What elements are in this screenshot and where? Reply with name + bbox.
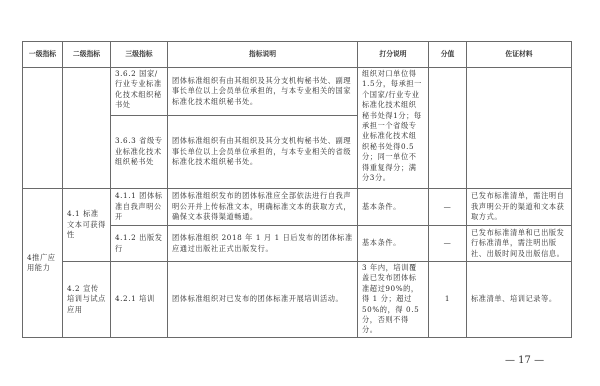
cell-level2-empty <box>63 68 111 189</box>
table-row: 4.2 宣传培训与试点应用 4.2.1 培训 团体标准组织对已发布的团体标准开展… <box>23 262 572 338</box>
cell-level1-empty <box>23 68 63 189</box>
cell-description: 团体标准组织有由其组织及其分支机构秘书处、副理事长单位以上会员单位承担的，与本专… <box>168 68 358 116</box>
cell-evidence: 已发布标准清单，需注明自我声明公开的渠道和文本获取方式。 <box>467 189 572 226</box>
header-evidence: 佐证材料 <box>467 42 572 68</box>
evaluation-table: 一级指标 二级指标 三级指标 指标说明 打分说明 分值 佐证材料 3.6.2 国… <box>22 41 572 338</box>
cell-level3: 4.1.2 出版发行 <box>111 226 168 262</box>
header-description: 指标说明 <box>168 42 358 68</box>
cell-level3: 3.6.3 省级专业标准化技术组织秘书处 <box>111 116 168 189</box>
header-score: 分值 <box>429 42 467 68</box>
cell-level3: 3.6.2 国家/行业专业标准化技术组织秘书处 <box>111 68 168 116</box>
header-scoring: 打分说明 <box>358 42 429 68</box>
header-level3: 三级指标 <box>111 42 168 68</box>
cell-score: 1 <box>429 262 467 338</box>
cell-score <box>429 68 467 189</box>
cell-level3: 4.1.1 团体标准自我声明公开 <box>111 189 168 226</box>
cell-scoring: 基本条件。 <box>358 189 429 226</box>
table-row: 3.6.2 国家/行业专业标准化技术组织秘书处 团体标准组织有由其组织及其分支机… <box>23 68 572 116</box>
cell-level1: 4推广应用能力 <box>23 189 63 338</box>
cell-level2: 4.2 宣传培训与试点应用 <box>63 262 111 338</box>
cell-level2: 4.1 标准文本可获得性 <box>63 189 111 262</box>
cell-scoring: 组织对口单位得1.5分，每承担一个国家/行业专业标准化技术组织秘书处得1分；每承… <box>358 68 429 189</box>
cell-evidence: 标准清单、培训记录等。 <box>467 262 572 338</box>
cell-score: — <box>429 189 467 226</box>
header-level1: 一级指标 <box>23 42 63 68</box>
cell-description: 团体标准组织发布的团体标准应全部依法进行自我声明公开并上传标准文本，明确标准文本… <box>168 189 358 226</box>
cell-evidence: 已发布标准清单和已出版发行标准清单，需注明出版社、出版时间及出版信息。 <box>467 226 572 262</box>
cell-description: 团体标准组织有由其组织及其分支机构秘书处、副理事长单位以上会员单位承担的，与本专… <box>168 116 358 189</box>
header-level2: 二级指标 <box>63 42 111 68</box>
cell-level3: 4.2.1 培训 <box>111 262 168 338</box>
table-header-row: 一级指标 二级指标 三级指标 指标说明 打分说明 分值 佐证材料 <box>23 42 572 68</box>
cell-scoring: 基本条件。 <box>358 226 429 262</box>
cell-description: 团体标准组织对已发布的团体标准开展培训活动。 <box>168 262 358 338</box>
table-row: 4推广应用能力 4.1 标准文本可获得性 4.1.1 团体标准自我声明公开 团体… <box>23 189 572 226</box>
page-number: — 17 — <box>505 355 544 366</box>
cell-description: 团体标准组织 2018 年 1 月 1 日后发布的团体标准应通过出版社正式出版发… <box>168 226 358 262</box>
cell-score: — <box>429 226 467 262</box>
cell-scoring: 3 年内，培训覆盖已发布团体标准超过90%的，得 1 分；超过 50%的，得 0… <box>358 262 429 338</box>
cell-evidence <box>467 68 572 189</box>
